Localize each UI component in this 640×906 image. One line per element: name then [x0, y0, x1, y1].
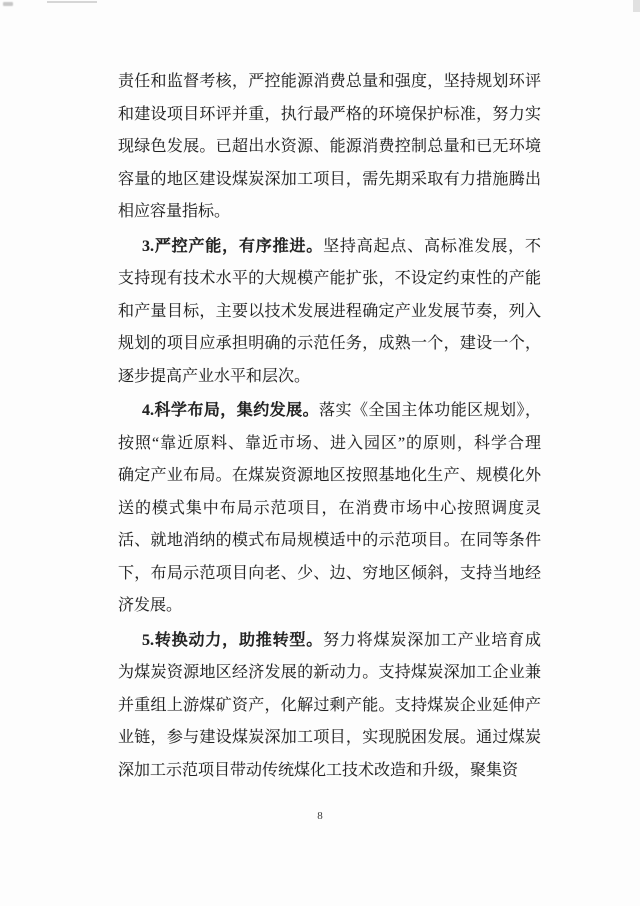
- paragraph-text: 深加工示范项目带动传统煤化工技术改造和升级，聚集资: [118, 762, 518, 779]
- text-line: 3.严控产能，有序推进。坚持高起点、高标准发展，不: [118, 231, 541, 264]
- paragraph-text: 逐步提高产业水平和层次。: [118, 368, 310, 385]
- paragraph: 3.严控产能，有序推进。坚持高起点、高标准发展，不支持现有技术水平的大规模产能扩…: [118, 231, 541, 394]
- paragraph-text: 确定产业布局。在煤炭资源地区按照基地化生产、规模化外: [118, 467, 541, 484]
- scan-artifact-corner: [633, 0, 640, 12]
- paragraph-text: 业链，参与建设煤炭深加工项目，实现脱困发展。通过煤炭: [118, 729, 541, 746]
- scan-artifact-streak: [47, 1, 97, 3]
- text-line: 送的模式集中布局示范项目，在消费市场中心按照调度灵: [118, 493, 541, 526]
- text-line: 业链，参与建设煤炭深加工项目，实现脱困发展。通过煤炭: [118, 722, 541, 755]
- paragraph-text: 并重组上游煤矿资产，化解过剩产能。支持煤炭企业延伸产: [118, 697, 541, 714]
- paragraph-text: 容量的地区建设煤炭深加工项目，需先期采取有力措施腾出: [118, 171, 541, 188]
- paragraph-text: 为煤炭资源地区经济发展的新动力。支持煤炭深加工企业兼: [118, 664, 541, 681]
- paragraph-text: 责任和监督考核，严控能源消费总量和强度，坚持规划环评: [118, 73, 541, 90]
- paragraph-heading: 3.严控产能，有序推进。: [142, 238, 323, 255]
- paragraph-text: 济发展。: [118, 597, 182, 614]
- paragraph-text: 送的模式集中布局示范项目，在消费市场中心按照调度灵: [118, 500, 541, 517]
- paragraph: 4.科学布局，集约发展。落实《全国主体功能区规划》，按照“靠近原料、靠近市场、进…: [118, 395, 541, 623]
- paragraph-text: 和产量目标，主要以技术发展进程确定产业发展节奏，列入: [118, 303, 541, 320]
- text-line: 逐步提高产业水平和层次。: [118, 361, 541, 394]
- text-line: 责任和监督考核，严控能源消费总量和强度，坚持规划环评: [118, 66, 541, 99]
- text-line: 深加工示范项目带动传统煤化工技术改造和升级，聚集资: [118, 755, 541, 788]
- text-line: 现绿色发展。已超出水资源、能源消费控制总量和已无环境: [118, 131, 541, 164]
- text-line: 支持现有技术水平的大规模产能扩张，不设定约束性的产能: [118, 263, 541, 296]
- paragraph-text: 落实《全国主体功能区规划》，: [319, 402, 541, 419]
- text-line: 确定产业布局。在煤炭资源地区按照基地化生产、规模化外: [118, 460, 541, 493]
- text-line: 容量的地区建设煤炭深加工项目，需先期采取有力措施腾出: [118, 164, 541, 197]
- paragraph-text: 按照“靠近原料、靠近市场、进入园区”的原则，科学合理: [118, 435, 541, 452]
- paragraph-text: 和建设项目环评并重，执行最严格的环境保护标准，努力实: [118, 106, 541, 123]
- paragraph: 责任和监督考核，严控能源消费总量和强度，坚持规划环评和建设项目环评并重，执行最严…: [118, 66, 541, 229]
- text-line: 5.转换动力，助推转型。努力将煤炭深加工产业培育成: [118, 625, 541, 658]
- text-line: 并重组上游煤矿资产，化解过剩产能。支持煤炭企业延伸产: [118, 690, 541, 723]
- text-line: 活、就地消纳的模式布局规模适中的示范项目。在同等条件: [118, 525, 541, 558]
- paragraph-text: 相应容量指标。: [118, 203, 230, 220]
- text-line: 4.科学布局，集约发展。落实《全国主体功能区规划》，: [118, 395, 541, 428]
- text-line: 济发展。: [118, 590, 541, 623]
- text-line: 下，布局示范项目向老、少、边、穷地区倾斜，支持当地经: [118, 558, 541, 591]
- text-line: 和产量目标，主要以技术发展进程确定产业发展节奏，列入: [118, 296, 541, 329]
- text-line: 规划的项目应承担明确的示范任务，成熟一个，建设一个，: [118, 328, 541, 361]
- text-line: 按照“靠近原料、靠近市场、进入园区”的原则，科学合理: [118, 428, 541, 461]
- paragraph-text: 坚持高起点、高标准发展，不: [323, 238, 541, 255]
- text-line: 相应容量指标。: [118, 196, 541, 229]
- paragraph: 5.转换动力，助推转型。努力将煤炭深加工产业培育成为煤炭资源地区经济发展的新动力…: [118, 625, 541, 788]
- document-page: 责任和监督考核，严控能源消费总量和强度，坚持规划环评和建设项目环评并重，执行最严…: [0, 0, 640, 906]
- paragraph-text: 下，布局示范项目向老、少、边、穷地区倾斜，支持当地经: [118, 565, 541, 582]
- paragraph-text: 活、就地消纳的模式布局规模适中的示范项目。在同等条件: [118, 532, 541, 549]
- paragraph-heading: 5.转换动力，助推转型。: [142, 632, 323, 649]
- scan-artifact-smudge: [3, 2, 13, 6]
- document-body: 责任和监督考核，严控能源消费总量和强度，坚持规划环评和建设项目环评并重，执行最严…: [118, 66, 541, 787]
- text-line: 和建设项目环评并重，执行最严格的环境保护标准，努力实: [118, 99, 541, 132]
- paragraph-heading: 4.科学布局，集约发展。: [142, 402, 319, 419]
- page-number: 8: [0, 810, 640, 822]
- paragraph-text: 努力将煤炭深加工产业培育成: [323, 632, 541, 649]
- paragraph-text: 支持现有技术水平的大规模产能扩张，不设定约束性的产能: [118, 270, 541, 287]
- paragraph-text: 现绿色发展。已超出水资源、能源消费控制总量和已无环境: [118, 138, 541, 155]
- text-line: 为煤炭资源地区经济发展的新动力。支持煤炭深加工企业兼: [118, 657, 541, 690]
- paragraph-text: 规划的项目应承担明确的示范任务，成熟一个，建设一个，: [118, 335, 541, 352]
